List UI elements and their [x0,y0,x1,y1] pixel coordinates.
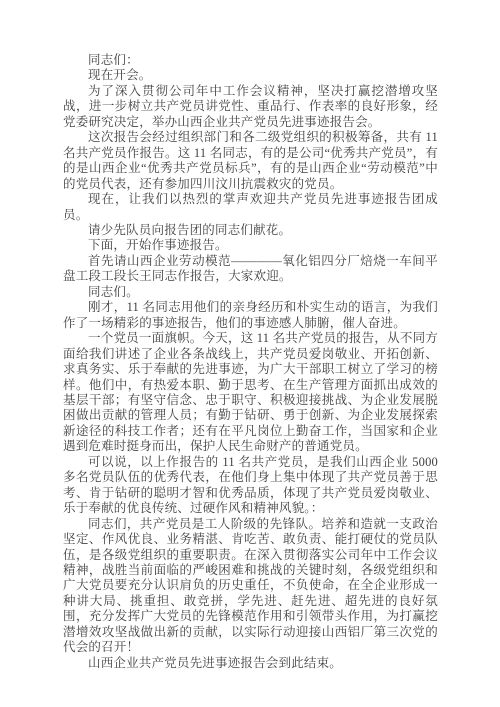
paragraph: 可以说，以上作报告的 11 名共产党员，是我们山西企业 5000 多名党员队伍的… [63,455,438,517]
paragraph: 现在，让我们以热烈的掌声欢迎共产党员先进事迹报告团成员。 [63,192,438,223]
paragraph: 请少先队员向报告团的同志们献花。 [63,223,438,238]
paragraph: 同志们： [63,53,438,68]
paragraph: 一个党员一面旗帜。今天，这 11 名共产党员的报告，从不同方面给我们讲述了企业各… [63,331,438,455]
paragraph: 现在开会。 [63,68,438,83]
paragraph: 下面，开始作事迹报告。 [63,238,438,253]
paragraph: 同志们，共产党员是工人阶级的先锋队。培养和造就一支政治坚定、作风优良、业务精湛、… [63,517,438,656]
paragraph: 刚才，11 名同志用他们的亲身经历和朴实生动的语言，为我们作了一场精彩的事迹报告… [63,300,438,331]
document-page: 同志们：现在开会。为了深入贯彻公司年中工作会议精神，坚决打赢挖潜增攻坚战，进一步… [0,0,500,707]
screenshot-root: { "page": { "background_color": "#ffffff… [0,0,500,707]
paragraph: 为了深入贯彻公司年中工作会议精神，坚决打赢挖潜增攻坚战，进一步树立共产党员讲党性… [63,84,438,130]
paragraph: 这次报告会经过组织部门和各二级党组织的积极筹备，共有 11 名共产党员作报告。这… [63,130,438,192]
paragraph: 首先请山西企业劳动模范————氧化铝四分厂焙烧一车间平盘工段工段长王同志作报告，… [63,254,438,285]
paragraph: 同志们。 [63,285,438,300]
document-body: 同志们：现在开会。为了深入贯彻公司年中工作会议精神，坚决打赢挖潜增攻坚战，进一步… [63,53,438,671]
paragraph: 山西企业共产党员先进事迹报告会到此结束。 [63,656,438,671]
